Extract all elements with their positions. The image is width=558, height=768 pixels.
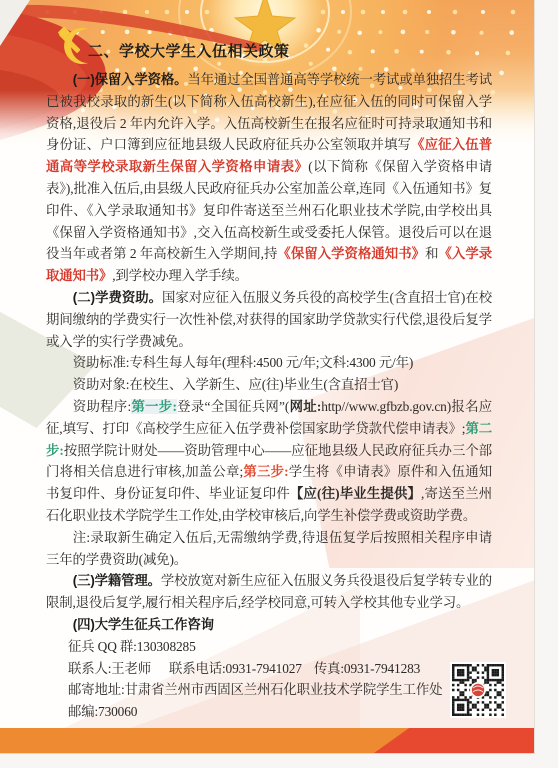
zip-code: 邮编:730060	[68, 704, 137, 719]
text-run: ,到学校办理入学手续。	[112, 268, 248, 283]
section-title: 二、学校大学生入伍相关政策	[46, 40, 492, 64]
para4-head: (四)大学生征兵工作咨询	[73, 617, 214, 632]
text-run: 资助对象:在校生、入学新生、应(往)毕业生(含直招士官)	[73, 377, 398, 392]
aid-target-line: 资助对象:在校生、入学新生、应(往)毕业生(含直招士官)	[46, 374, 492, 396]
paragraph-retain-admission: (一)保留入学资格。当年通过全国普通高等学校统一考试或单独招生考试已被我校录取的…	[46, 69, 492, 287]
note-paragraph: 注:录取新生确定入伍后,无需缴纳学费,待退伍复学后按照相关程序申请三年的学费资助…	[46, 527, 492, 571]
footer-band-red-segment	[374, 728, 534, 753]
mail-address: 邮寄地址:甘肃省兰州市西固区兰州石化职业技术学院学生工作处	[68, 682, 442, 697]
step3-label: 第三步:	[243, 464, 288, 479]
qr-code	[450, 662, 506, 718]
contact-phone: 联系电话:0931-7941027	[169, 661, 302, 676]
contact-person: 联系人:王老师	[68, 661, 151, 676]
text-run: 登录“全国征兵网”(	[177, 399, 289, 414]
graduate-note: 【应(往)毕业生提供】	[290, 486, 421, 501]
mail-address-line: 邮寄地址:甘肃省兰州市西固区兰州石化职业技术学院学生工作处	[46, 679, 492, 701]
url-label: 网址:	[289, 399, 321, 414]
paragraph-consult-head: (四)大学生征兵工作咨询	[46, 614, 492, 636]
document-content: 二、学校大学生入伍相关政策 (一)保留入学资格。当年通过全国普通高等学校统一考试…	[46, 40, 492, 723]
qr-code-icon	[452, 664, 504, 716]
contact-person-line: 联系人:王老师联系电话:0931-7941027传真:0931-7941283	[46, 658, 492, 680]
scanned-document: 二、学校大学生入伍相关政策 (一)保留入学资格。当年通过全国普通高等学校统一考试…	[0, 0, 558, 768]
para1-head: (一)保留入学资格。	[73, 72, 188, 87]
aid-procedure-paragraph: 资助程序:第一步:登录“全国征兵网”(网址:http//www.gfbzb.go…	[46, 396, 492, 527]
para2-head: (二)学费资助。	[73, 290, 162, 305]
qq-group-number: 征兵 QQ 群:130308285	[68, 639, 196, 654]
red-notice-title: 《保留入学资格通知书》	[277, 246, 425, 261]
qq-group-line: 征兵 QQ 群:130308285	[46, 636, 492, 658]
text-run: 资助程序:	[73, 399, 131, 414]
text-run: 注:录取新生确定入伍后,无需缴纳学费,待退伍复学后按照相关程序申请三年的学费资助…	[46, 530, 492, 567]
zip-code-line: 邮编:730060	[46, 701, 492, 723]
document-page: 二、学校大学生入伍相关政策 (一)保留入学资格。当年通过全国普通高等学校统一考试…	[0, 0, 535, 753]
step1-label: 第一步:	[131, 399, 177, 414]
para3-head: (三)学籍管理。	[73, 573, 161, 588]
contact-fax: 传真:0931-7941283	[314, 661, 420, 676]
text-run: 和	[425, 246, 438, 261]
paragraph-tuition-aid: (二)学费资助。国家对应征入伍服义务兵役的高校学生(含直招士官)在校期间缴纳的学…	[46, 287, 492, 352]
paragraph-enrollment-status: (三)学籍管理。学校放宽对新生应征入伍服义务兵役退役后复学转专业的限制,退役后复…	[46, 570, 492, 614]
text-run: 资助标准:专科生每人每年(理科:4500 元/年;文科:4300 元/年)	[73, 355, 413, 370]
footer-band	[0, 728, 534, 753]
aid-standard-line: 资助标准:专科生每人每年(理科:4500 元/年;文科:4300 元/年)	[46, 352, 492, 374]
